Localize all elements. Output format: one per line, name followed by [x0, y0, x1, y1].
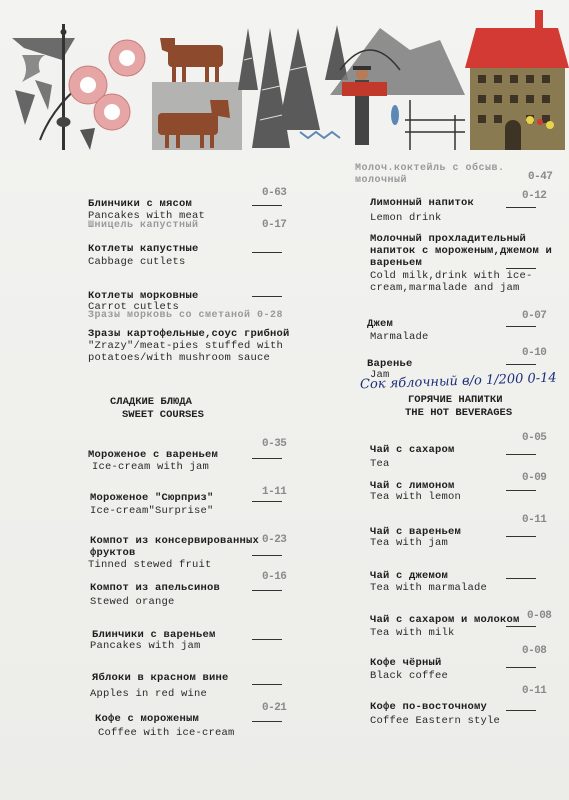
item-en: Pancakes with jam [90, 640, 201, 652]
item-ru: Мороженое "Сюрприз" [90, 492, 214, 504]
price: 0-35 [262, 438, 286, 450]
price-rule [506, 490, 536, 491]
price-rule [506, 268, 536, 269]
price: 0-08 [527, 610, 551, 622]
faded-line: молочный [355, 175, 407, 186]
price: 0-10 [522, 347, 546, 359]
item-en: Tea with milk [370, 627, 455, 639]
price: 1-11 [262, 486, 286, 498]
item-ru: Кофе с мороженым [95, 713, 199, 725]
price: 0-05 [522, 432, 546, 444]
price-rule [506, 207, 536, 208]
item-ru: Кофе чёрный [370, 657, 442, 669]
item-ru: вареньем [370, 257, 422, 269]
price-rule [252, 501, 282, 502]
price-rule [252, 590, 282, 591]
price-rule [252, 684, 282, 685]
item-ru: фруктов [90, 547, 136, 559]
price-rule [252, 555, 282, 556]
item-en: Coffee with ice-cream [98, 727, 235, 739]
price-rule [252, 252, 282, 253]
item-ru: Яблоки в красном вине [92, 672, 229, 684]
item-ru: Джем [367, 318, 393, 330]
item-en: Tea with jam [370, 537, 448, 549]
price: 0-17 [262, 219, 286, 231]
section-title-en: SWEET COURSES [122, 409, 204, 421]
price: 0-12 [522, 190, 546, 202]
price: 0-21 [262, 702, 286, 714]
faded-line: Шницель капустный [88, 220, 199, 231]
item-ru: Компот из апельсинов [90, 582, 220, 594]
price: 0-11 [522, 685, 546, 697]
section-title-en: THE HOT BEVERAGES [405, 407, 512, 419]
price: 0-16 [262, 571, 286, 583]
item-en: Ice-cream with jam [92, 461, 209, 473]
price-rule [506, 536, 536, 537]
item-en: Tea [370, 458, 390, 470]
item-ru: Зразы картофельные,соус грибной [88, 328, 290, 340]
price-rule [506, 454, 536, 455]
item-en: Marmalade [370, 331, 429, 343]
price-rule [506, 667, 536, 668]
price-rule [506, 578, 536, 579]
price: 0-63 [262, 187, 286, 199]
item-ru: Котлеты капустные [88, 243, 199, 255]
fir-tree-icon [238, 25, 348, 148]
price: 0-07 [522, 310, 546, 322]
price: 0-23 [262, 534, 286, 546]
fence-icon [405, 100, 465, 150]
item-ru: Молочный прохладительный [370, 233, 526, 245]
item-ru: Компот из консервированных [90, 535, 259, 547]
price-rule [506, 710, 536, 711]
item-ru: Блинчики с мясом [88, 198, 192, 210]
item-ru: Чай с джемом [370, 570, 448, 582]
price-rule [252, 721, 282, 722]
price-rule [506, 326, 536, 327]
item-en: Tea with lemon [370, 491, 461, 503]
house-icon [465, 10, 569, 150]
faded-line: Зразы морковь со сметаной 0-28 [88, 310, 283, 321]
item-en: Stewed orange [90, 596, 175, 608]
item-en: Tinned stewed fruit [88, 559, 212, 571]
item-en: Cold milk,drink with ice- [370, 270, 533, 282]
item-ru: Кофе по-восточному [370, 701, 487, 713]
price-rule [506, 364, 536, 365]
item-en: "Zrazy"/meat-pies stuffed with [88, 340, 283, 352]
item-en: potatoes/with mushroom sauce [88, 352, 270, 364]
price-rule [252, 296, 282, 297]
item-en: Cabbage cutlets [88, 256, 186, 268]
item-ru: Мороженое с вареньем [88, 449, 218, 461]
item-en: Apples in red wine [90, 688, 207, 700]
item-en: cream,marmalade and jam [370, 282, 520, 294]
price: 0-09 [522, 472, 546, 484]
item-ru: напиток с мороженым,джемом и [370, 245, 552, 257]
price-rule [506, 626, 536, 627]
section-title-ru: СЛАДКИЕ БЛЮДА [110, 396, 192, 408]
price-rule [252, 205, 282, 206]
item-ru: Чай с сахаром и молоком [370, 614, 520, 626]
price-rule [252, 639, 282, 640]
item-ru: Лимонный напиток [370, 197, 474, 209]
menu-page: 0-63 Блинчики с мясом Pancakes with meat… [0, 0, 569, 800]
item-en: Coffee Eastern style [370, 715, 500, 727]
item-en: Tea with marmalade [370, 582, 487, 594]
item-en: Lemon drink [370, 212, 442, 224]
price: 0-11 [522, 514, 546, 526]
price: 0-47 [528, 171, 552, 183]
header-illustration [0, 0, 569, 160]
price-rule [252, 458, 282, 459]
item-en: Ice-cream"Surprise" [90, 505, 214, 517]
item-ru: Чай с сахаром [370, 444, 455, 456]
faded-line: Молоч.коктейль с обсыв. [355, 163, 505, 174]
price: 0-08 [522, 645, 546, 657]
item-en: Black coffee [370, 670, 448, 682]
section-title-ru: ГОРЯЧИЕ НАПИТКИ [408, 394, 503, 406]
